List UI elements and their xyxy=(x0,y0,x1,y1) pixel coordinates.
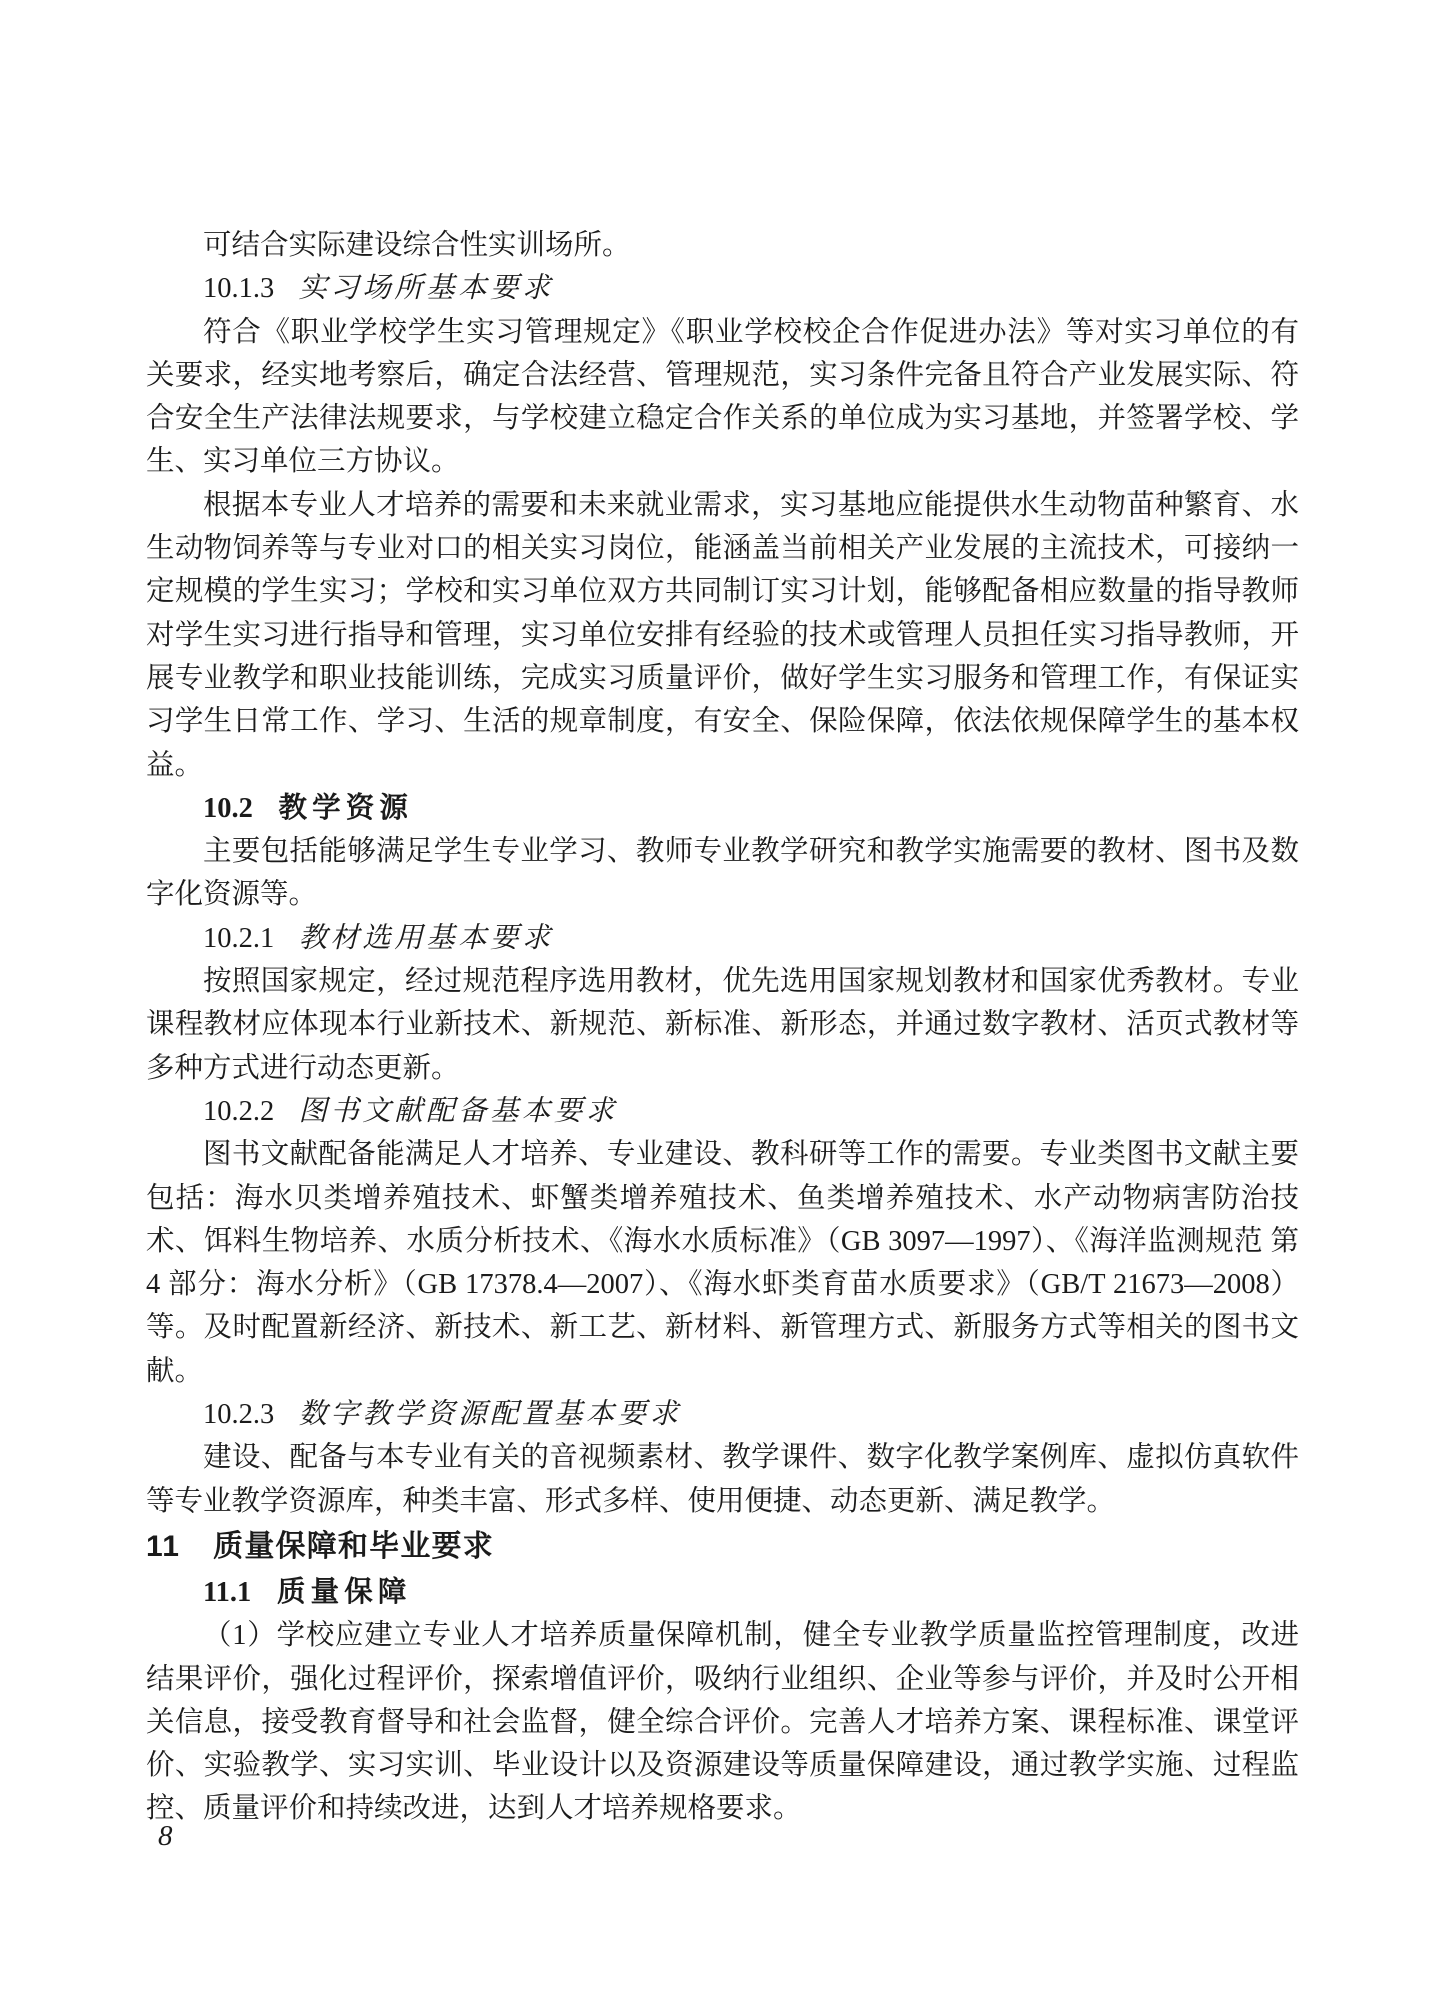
paragraph-digital-resources: 建设、配备与本专业有关的音视频素材、教学课件、数字化教学案例库、虚拟仿真软件等专… xyxy=(146,1436,1299,1523)
heading-title: 实习场所基本要求 xyxy=(298,273,553,304)
heading-number: 10.1.3 xyxy=(203,273,274,304)
heading-title: 质量保障和毕业要求 xyxy=(213,1530,494,1563)
heading-number: 11 xyxy=(146,1530,180,1563)
heading-10-2-1: 10.2.1教材选用基本要求 xyxy=(146,917,1299,960)
heading-title: 数字教学资源配置基本要求 xyxy=(298,1399,681,1430)
paragraph-internship-units: 符合《职业学校学生实习管理规定》《职业学校校企合作促进办法》等对实习单位的有关要… xyxy=(146,311,1299,484)
paragraph-library-literature: 图书文献配备能满足人才培养、专业建设、教科研等工作的需要。专业类图书文献主要包括… xyxy=(146,1133,1299,1393)
heading-number: 10.2.2 xyxy=(203,1096,274,1127)
heading-number: 10.2.3 xyxy=(203,1399,274,1430)
paragraph-teaching-resources-intro: 主要包括能够满足学生专业学习、教师专业教学研究和教学实施需要的教材、图书及数字化… xyxy=(146,830,1299,917)
paragraph-internship-base: 根据本专业人才培养的需要和未来就业需求，实习基地应能提供水生动物苗种繁育、水生动… xyxy=(146,484,1299,787)
paragraph-quality-assurance: （1）学校应建立专业人才培养质量保障机制，健全专业教学质量监控管理制度，改进结果… xyxy=(146,1614,1299,1830)
heading-number: 10.2 xyxy=(203,793,253,824)
heading-title: 图书文献配备基本要求 xyxy=(298,1096,617,1127)
heading-11-1: 11.1质量保障 xyxy=(146,1571,1299,1614)
page-number: 8 xyxy=(158,1820,173,1853)
heading-10-2-3: 10.2.3数字教学资源配置基本要求 xyxy=(146,1393,1299,1436)
page-content: 可结合实际建设综合性实训场所。 10.1.3实习场所基本要求 符合《职业学校学生… xyxy=(146,224,1299,1831)
heading-10-2-2: 10.2.2图书文献配备基本要求 xyxy=(146,1090,1299,1133)
heading-title: 教材选用基本要求 xyxy=(298,923,553,954)
paragraph-training-site: 可结合实际建设综合性实训场所。 xyxy=(146,224,1299,267)
paragraph-textbook-selection: 按照国家规定，经过规范程序选用教材，优先选用国家规划教材和国家优秀教材。专业课程… xyxy=(146,960,1299,1090)
document-page: 可结合实际建设综合性实训场所。 10.1.3实习场所基本要求 符合《职业学校学生… xyxy=(0,0,1443,2011)
heading-10-1-3: 10.1.3实习场所基本要求 xyxy=(146,267,1299,310)
heading-number: 10.2.1 xyxy=(203,923,274,954)
heading-10-2: 10.2教学资源 xyxy=(146,787,1299,830)
heading-title: 质量保障 xyxy=(277,1577,412,1608)
heading-title: 教学资源 xyxy=(279,793,414,824)
heading-11: 11质量保障和毕业要求 xyxy=(146,1523,1299,1571)
heading-number: 11.1 xyxy=(203,1577,251,1608)
